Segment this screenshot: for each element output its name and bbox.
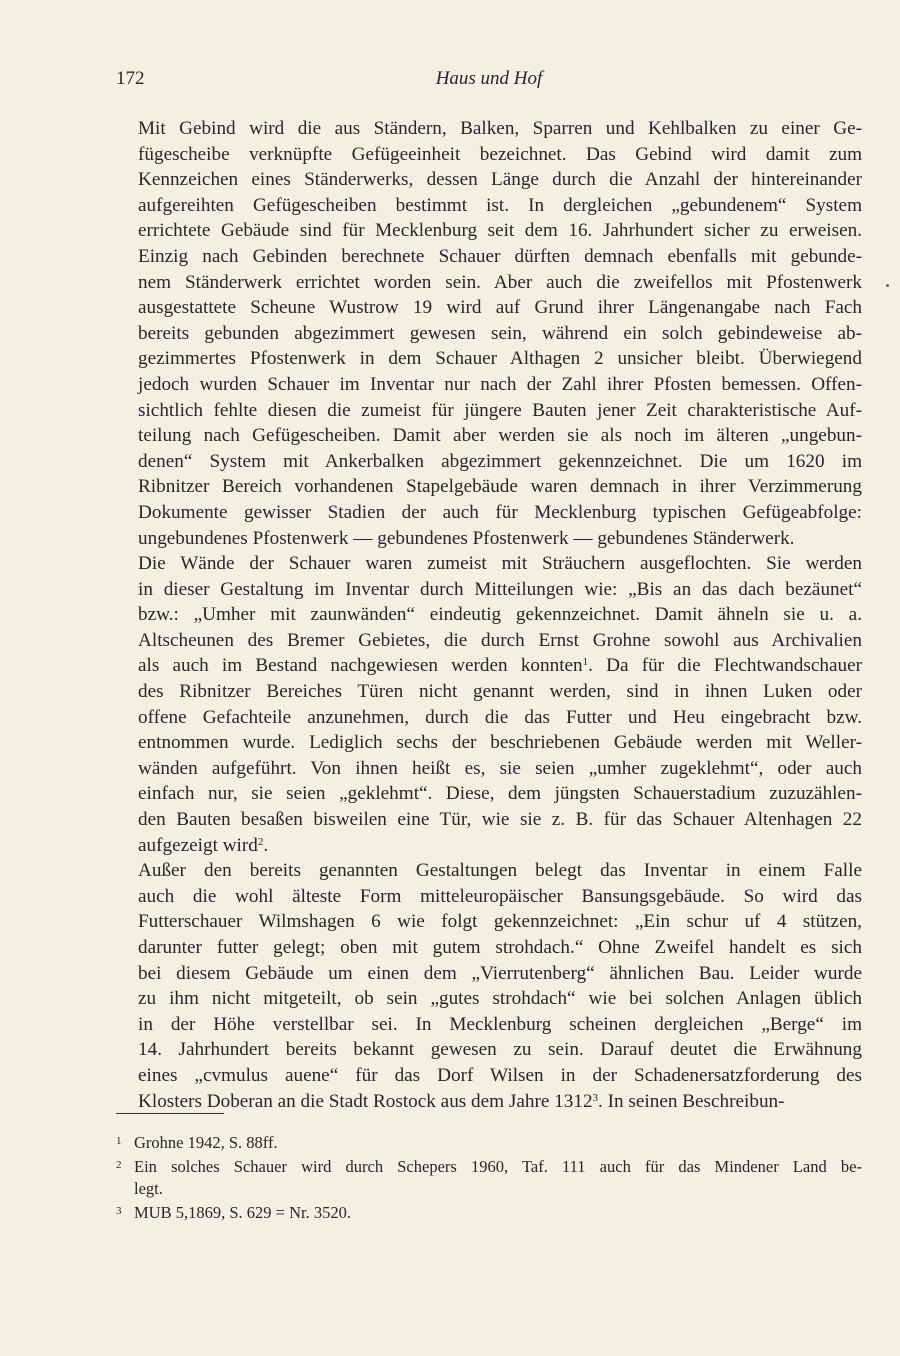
paragraph-3: Außer den bereits genannten Gestaltungen… [116, 858, 862, 1114]
text-line: Klosters Doberan an die Stadt Rostock au… [116, 1089, 862, 1115]
footnote-marker: 3 [116, 1200, 122, 1222]
text-line: jedoch wurden Schauer im Inventar nur na… [116, 372, 862, 398]
text-line: nem Ständerwerk errichtet worden sein. A… [116, 270, 862, 296]
text-line: Die Wände der Schauer waren zumeist mit … [116, 551, 862, 577]
footnote-text: Grohne 1942, S. 88ff. [134, 1132, 862, 1154]
text-line: Kennzeichen eines Ständerwerks, dessen L… [116, 167, 862, 193]
text-line: in der Höhe verstellbar sei. In Mecklenb… [116, 1012, 862, 1038]
footnote-1: 1 Grohne 1942, S. 88ff. [116, 1132, 862, 1154]
text-line: eines „cvmulus auene“ für das Dorf Wilse… [116, 1063, 862, 1089]
text-line: fügescheibe verknüpfte Gefügeeinheit bez… [116, 142, 862, 168]
footnotes: 1 Grohne 1942, S. 88ff. 2 Ein solches Sc… [116, 1132, 862, 1226]
text-line: entnommen wurde. Lediglich sechs der bes… [116, 730, 862, 756]
text-line: Einzig nach Gebinden berechnete Schauer … [116, 244, 862, 270]
footnote-text: MUB 5,1869, S. 629 = Nr. 3520. [134, 1202, 862, 1224]
text-line: Ribnitzer Bereich vorhandenen Stapelgebä… [116, 474, 862, 500]
footnote-2: 2 Ein solches Schauer wird durch Scheper… [116, 1156, 862, 1200]
text-line: des Ribnitzer Bereiches Türen nicht gena… [116, 679, 862, 705]
text-line: Futterschauer Wilmshagen 6 wie folgt gek… [116, 909, 862, 935]
text-line: darunter futter gelegt; oben mit gutem s… [116, 935, 862, 961]
text-line: Altscheunen des Bremer Gebietes, die dur… [116, 628, 862, 654]
text-line: wänden aufgeführt. Von ihnen heißt es, s… [116, 756, 862, 782]
running-title: Haus und Hof [116, 68, 862, 90]
text-line: aufgereihten Gefügescheiben bestimmt ist… [116, 193, 862, 219]
text-line: Mit Gebind wird die aus Ständern, Balken… [116, 116, 862, 142]
text-line: zu ihm nicht mitgeteilt, ob sein „gutes … [116, 986, 862, 1012]
text-line: sichtlich fehlte diesen die zumeist für … [116, 398, 862, 424]
paper-speck [886, 284, 889, 287]
body-text: Mit Gebind wird die aus Ständern, Balken… [116, 116, 862, 1114]
text-line: einfach nur, sie seien „geklehmt“. Diese… [116, 781, 862, 807]
footnote-3: 3 MUB 5,1869, S. 629 = Nr. 3520. [116, 1202, 862, 1224]
text-line: bzw.: „Umher mit zaunwänden“ eindeutig g… [116, 602, 862, 628]
text-line: Dokumente gewisser Stadien der auch für … [116, 500, 862, 526]
text-line: ausgestattete Scheune Wustrow 19 wird au… [116, 295, 862, 321]
text-line: bei diesem Gebäude um einen dem „Vierrut… [116, 961, 862, 987]
text-line: gezimmertes Pfostenwerk in dem Schauer A… [116, 346, 862, 372]
text-line: denen“ System mit Ankerbalken abgezimmer… [116, 449, 862, 475]
text-line: 14. Jahrhundert bereits bekannt gewesen … [116, 1037, 862, 1063]
text-line: offene Gefachteile anzunehmen, durch die… [116, 705, 862, 731]
text-line: als auch im Bestand nachgewiesen werden … [116, 653, 862, 679]
footnote-marker: 1 [116, 1130, 122, 1152]
footnote-text: Ein solches Schauer wird durch Schepers … [134, 1156, 862, 1178]
footnote-marker: 2 [116, 1154, 122, 1176]
text-line: Außer den bereits genannten Gestaltungen… [116, 858, 862, 884]
paragraph-1: Mit Gebind wird die aus Ständern, Balken… [116, 116, 862, 551]
text-line: ungebundenes Pfostenwerk — gebundenes Pf… [116, 526, 862, 552]
footnote-text: legt. [134, 1178, 862, 1200]
footnote-separator-rule [116, 1113, 224, 1114]
text-line: bereits gebunden abgezimmert gewesen sei… [116, 321, 862, 347]
text-line: in dieser Gestaltung im Inventar durch M… [116, 577, 862, 603]
running-head: 172 Haus und Hof [116, 68, 862, 98]
text-line: errichtete Gebäude sind für Mecklenburg … [116, 218, 862, 244]
text-line: auch die wohl älteste Form mitteleuropäi… [116, 884, 862, 910]
text-line: aufgezeigt wird2. [116, 833, 862, 859]
text-line: den Bauten besaßen bisweilen eine Tür, w… [116, 807, 862, 833]
text-line: teilung nach Gefügescheiben. Damit aber … [116, 423, 862, 449]
paragraph-2: Die Wände der Schauer waren zumeist mit … [116, 551, 862, 858]
